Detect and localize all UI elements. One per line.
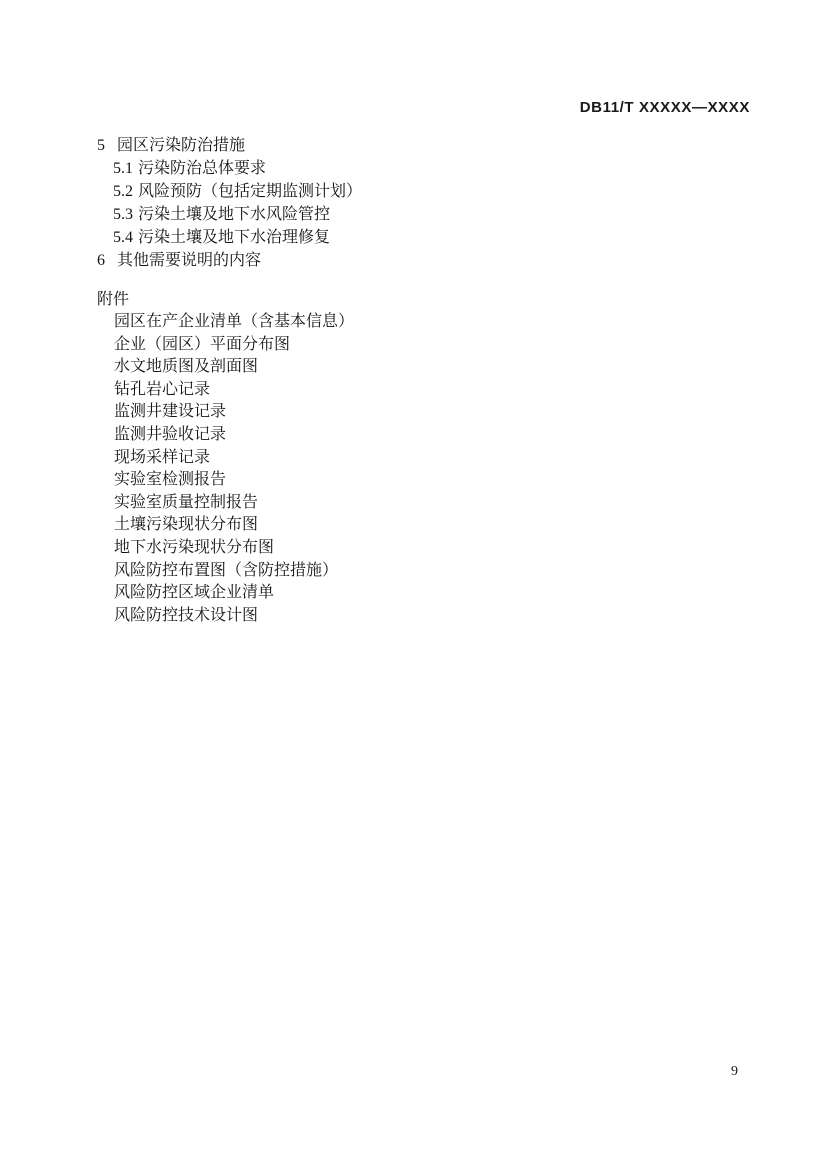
attachment-item: 钻孔岩心记录 (97, 379, 766, 402)
attachment-item: 现场采样记录 (97, 447, 766, 470)
toc-entry-5-4: 5.4污染土壤及地下水治理修复 (97, 226, 766, 249)
toc-content: 5园区污染防治措施 5.1污染防治总体要求 5.2风险预防（包括定期监测计划） … (97, 134, 766, 627)
toc-entry-title: 污染土壤及地下水治理修复 (138, 229, 330, 246)
attachment-item: 风险防控技术设计图 (97, 605, 766, 628)
toc-entry-number: 5.2 (113, 180, 133, 203)
toc-entry-title: 园区污染防治措施 (117, 137, 245, 154)
attachment-item: 监测井建设记录 (97, 401, 766, 424)
toc-entry-number: 5 (97, 134, 105, 157)
attachment-item: 风险防控区域企业清单 (97, 582, 766, 605)
attachment-item: 地下水污染现状分布图 (97, 537, 766, 560)
toc-entry-5-2: 5.2风险预防（包括定期监测计划） (97, 180, 766, 203)
toc-entry-title: 污染防治总体要求 (138, 160, 266, 177)
page-number: 9 (731, 1064, 738, 1080)
toc-entry-title: 其他需要说明的内容 (117, 252, 261, 269)
toc-entry-number: 6 (97, 249, 105, 272)
document-page: DB11/T XXXXX—XXXX 5园区污染防治措施 5.1污染防治总体要求 … (0, 0, 826, 1169)
toc-entry-number: 5.4 (113, 226, 133, 249)
attachment-item: 土壤污染现状分布图 (97, 514, 766, 537)
attachment-item: 风险防控布置图（含防控措施） (97, 560, 766, 583)
toc-entry-title: 污染土壤及地下水风险管控 (138, 206, 330, 223)
attachments-section: 附件 园区在产企业清单（含基本信息） 企业（园区）平面分布图 水文地质图及剖面图… (97, 288, 766, 627)
toc-entry-6: 6其他需要说明的内容 (97, 249, 766, 272)
toc-entry-5-3: 5.3污染土壤及地下水风险管控 (97, 203, 766, 226)
attachment-item: 园区在产企业清单（含基本信息） (97, 311, 766, 334)
attachment-item: 实验室质量控制报告 (97, 492, 766, 515)
attachment-item: 企业（园区）平面分布图 (97, 334, 766, 357)
attachment-item: 监测井验收记录 (97, 424, 766, 447)
toc-entry-5-1: 5.1污染防治总体要求 (97, 157, 766, 180)
standard-number-header: DB11/T XXXXX—XXXX (580, 99, 750, 116)
attachment-item: 水文地质图及剖面图 (97, 356, 766, 379)
toc-entry-5: 5园区污染防治措施 (97, 134, 766, 157)
toc-entry-number: 5.3 (113, 203, 133, 226)
toc-entry-number: 5.1 (113, 157, 133, 180)
attachment-item: 实验室检测报告 (97, 469, 766, 492)
attachments-heading: 附件 (97, 288, 766, 311)
toc-entry-title: 风险预防（包括定期监测计划） (138, 183, 362, 200)
